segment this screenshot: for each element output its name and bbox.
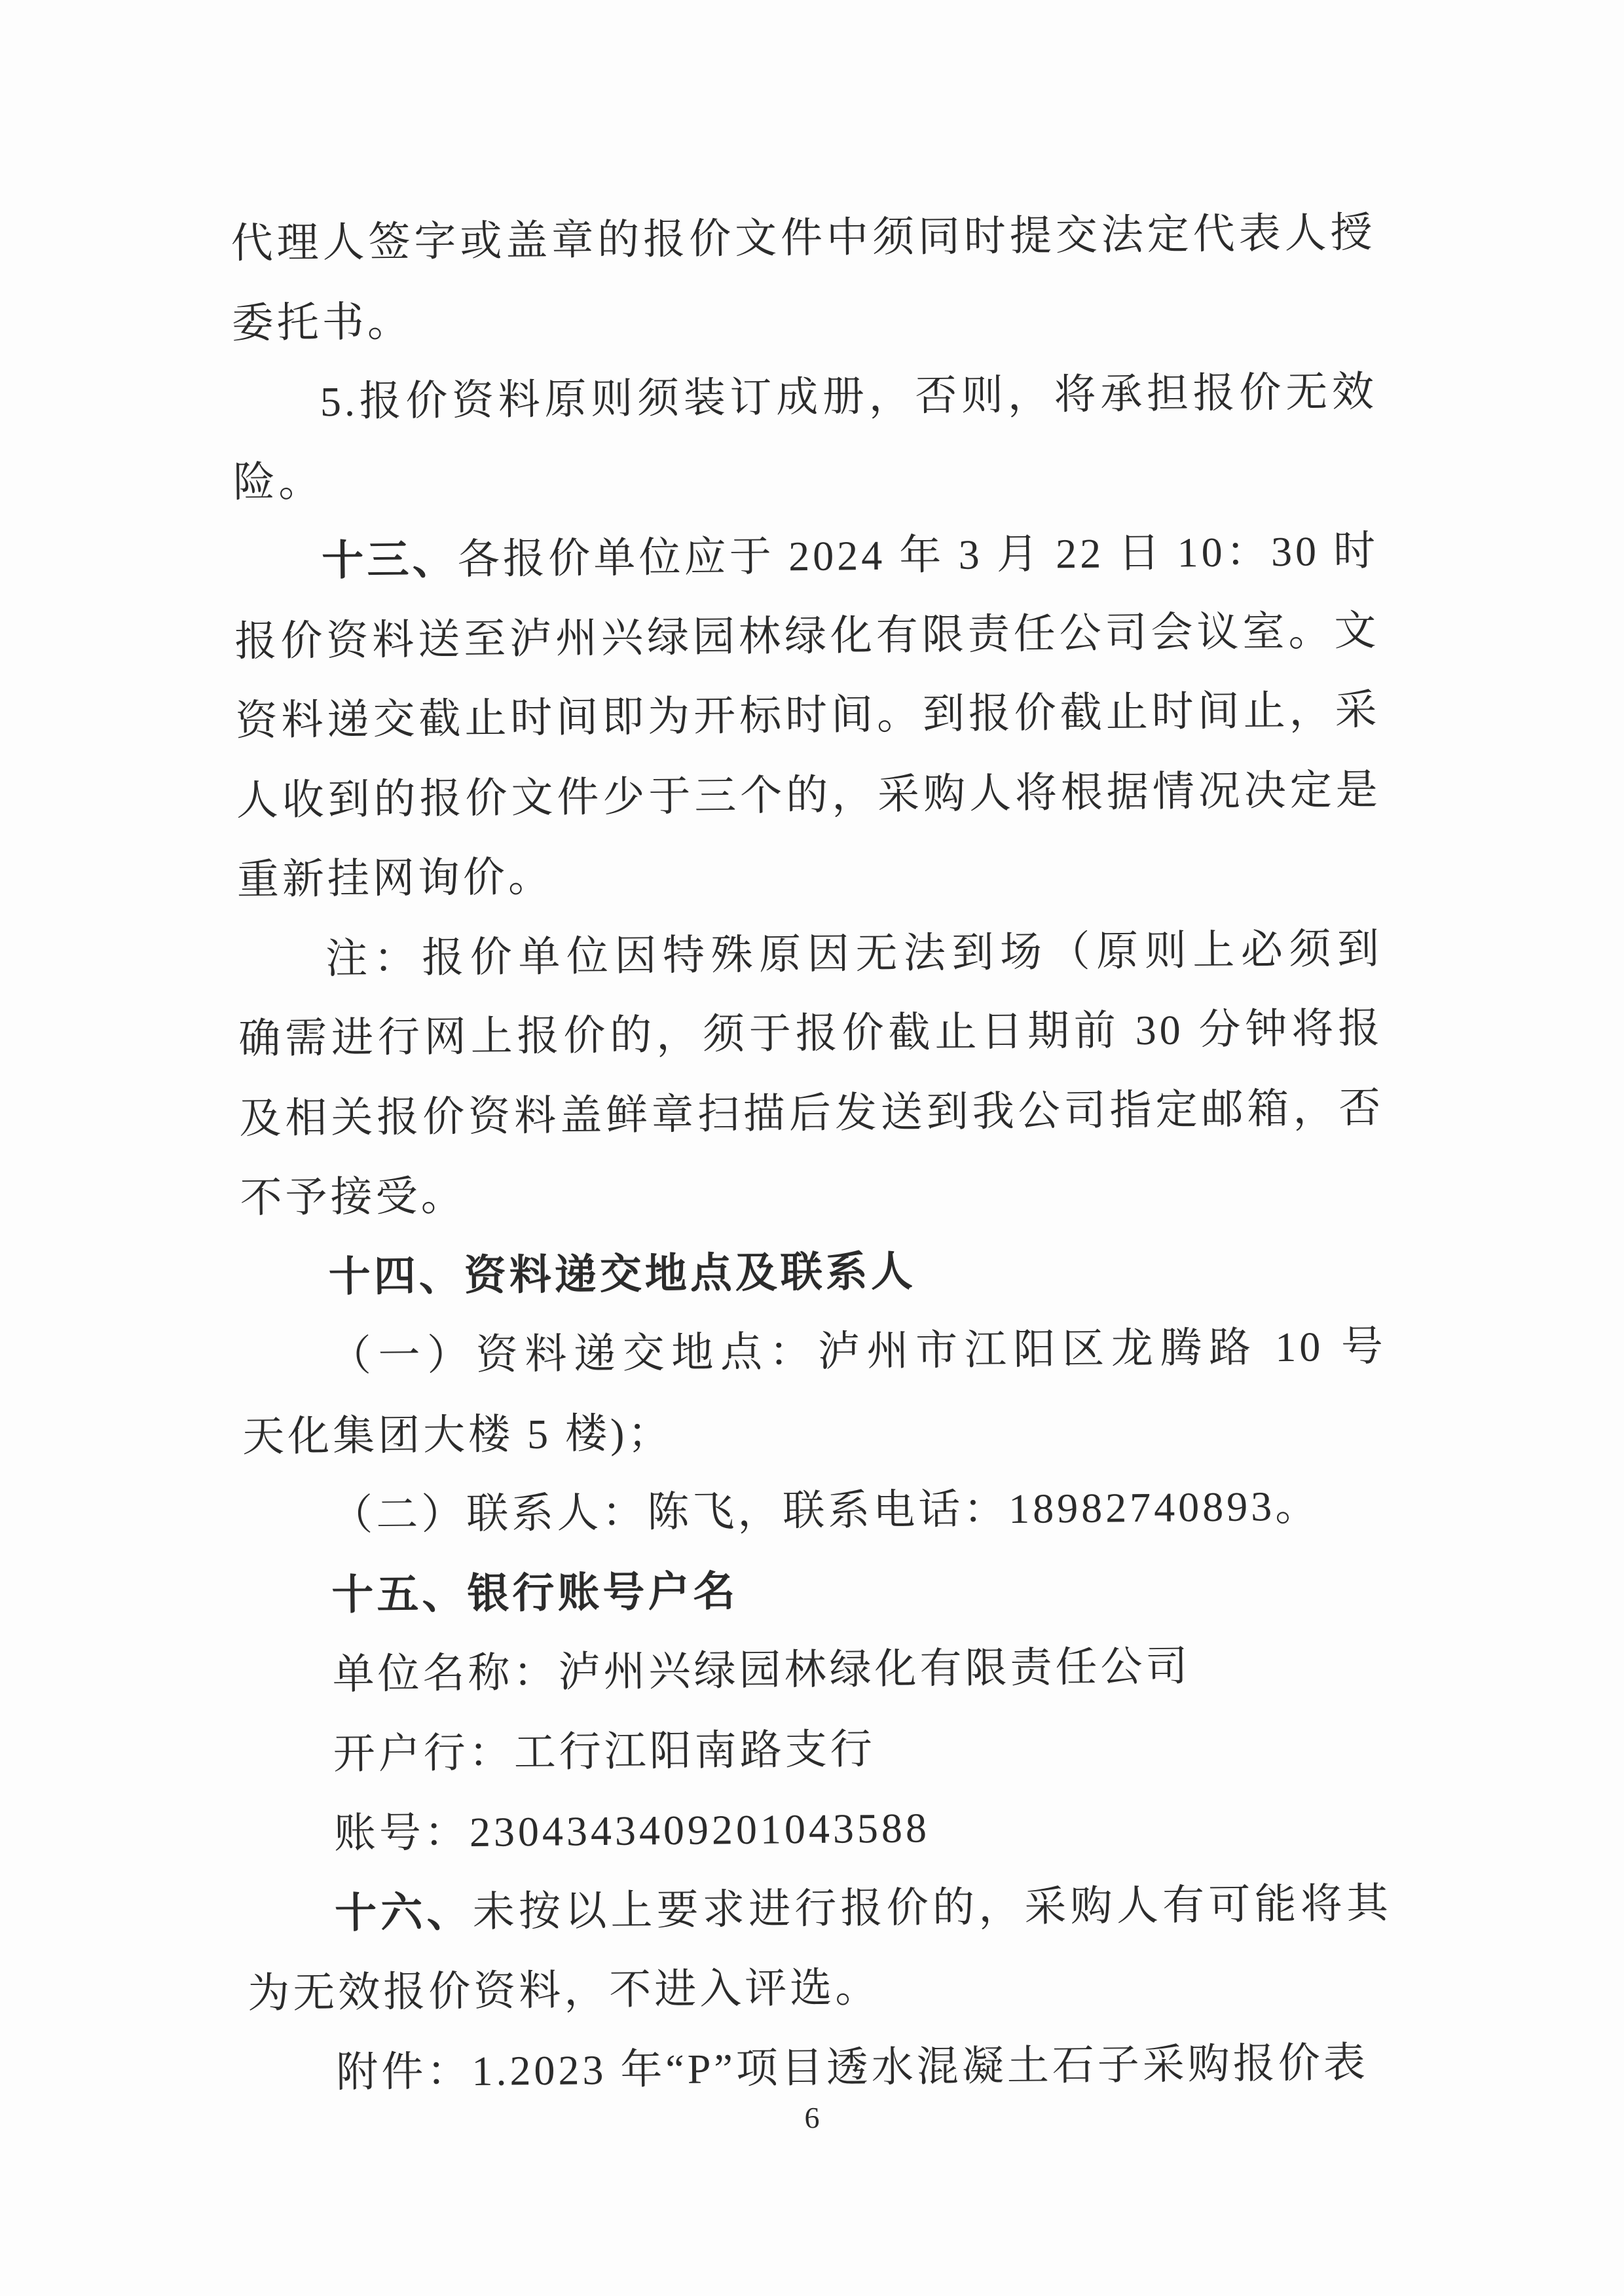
text-line: 资料递交截止时间即为开标时间。到报价截止时间止，采购 <box>235 670 1380 761</box>
text-line: 人收到的报价文件少于三个的，采购人将根据情况决定是否 <box>236 750 1381 840</box>
text-line: 注：报价单位因特殊原因无法到场（原则上必须到场）， <box>238 909 1383 999</box>
text-line: 开户行：工行江阳南路支行 <box>245 1704 1390 1795</box>
text-line: 5.报价资料原则须装订成册，否则，将承担报价无效的风 <box>232 352 1377 443</box>
text-line: 为无效报价资料，不进入评选。 <box>248 1942 1393 2033</box>
scanned-document-page: 代理人签字或盖章的报价文件中须同时提交法定代表人授权委托书。5.报价资料原则须装… <box>0 0 1624 2296</box>
text-line: 单位名称：泸州兴绿园林绿化有限责任公司 <box>244 1625 1390 1715</box>
text-line: （一）资料递交地点：泸州市江阳区龙腾路 10 号（泸 <box>241 1307 1386 1397</box>
section-number-prefix: 十六、 <box>335 1887 473 1936</box>
section-number-prefix: 十三、 <box>322 536 458 584</box>
text-line: （二）联系人：陈飞，联系电话：18982740893。 <box>243 1466 1388 1556</box>
text-line: 天化集团大楼 5 楼)； <box>242 1386 1388 1476</box>
text-line: 十三、各报价单位应于 2024 年 3 月 22 日 10：30 时前将 <box>234 511 1379 602</box>
page-number: 6 <box>0 2095 1624 2141</box>
text-line: 确需进行网上报价的，须于报价截止日期前 30 分钟将报价表 <box>238 989 1384 1079</box>
text-line: 不予接受。 <box>240 1148 1385 1238</box>
text-line: 账号：2304343409201043588 <box>246 1783 1391 1874</box>
text-line: 报价资料送至泸州兴绿园林绿化有限责任公司会议室。文件 <box>234 591 1380 681</box>
section-heading-line: 十五、银行账号户名 <box>244 1545 1389 1635</box>
text-line: 十六、未按以上要求进行报价的，采购人有可能将其视 <box>247 1863 1392 1954</box>
text-line: 及相关报价资料盖鲜章扫描后发送到我公司指定邮箱，否则 <box>239 1068 1384 1158</box>
text-line: 代理人签字或盖章的报价文件中须同时提交法定代表人授权 <box>231 193 1376 283</box>
text-line: 险。 <box>233 431 1378 522</box>
text-line: 委托书。 <box>231 272 1376 363</box>
document-lines: 代理人签字或盖章的报价文件中须同时提交法定代表人授权委托书。5.报价资料原则须装… <box>231 193 1393 2113</box>
text-line: 重新挂网询价。 <box>236 829 1382 920</box>
section-heading-line: 十四、资料递交地点及联系人 <box>240 1227 1386 1317</box>
